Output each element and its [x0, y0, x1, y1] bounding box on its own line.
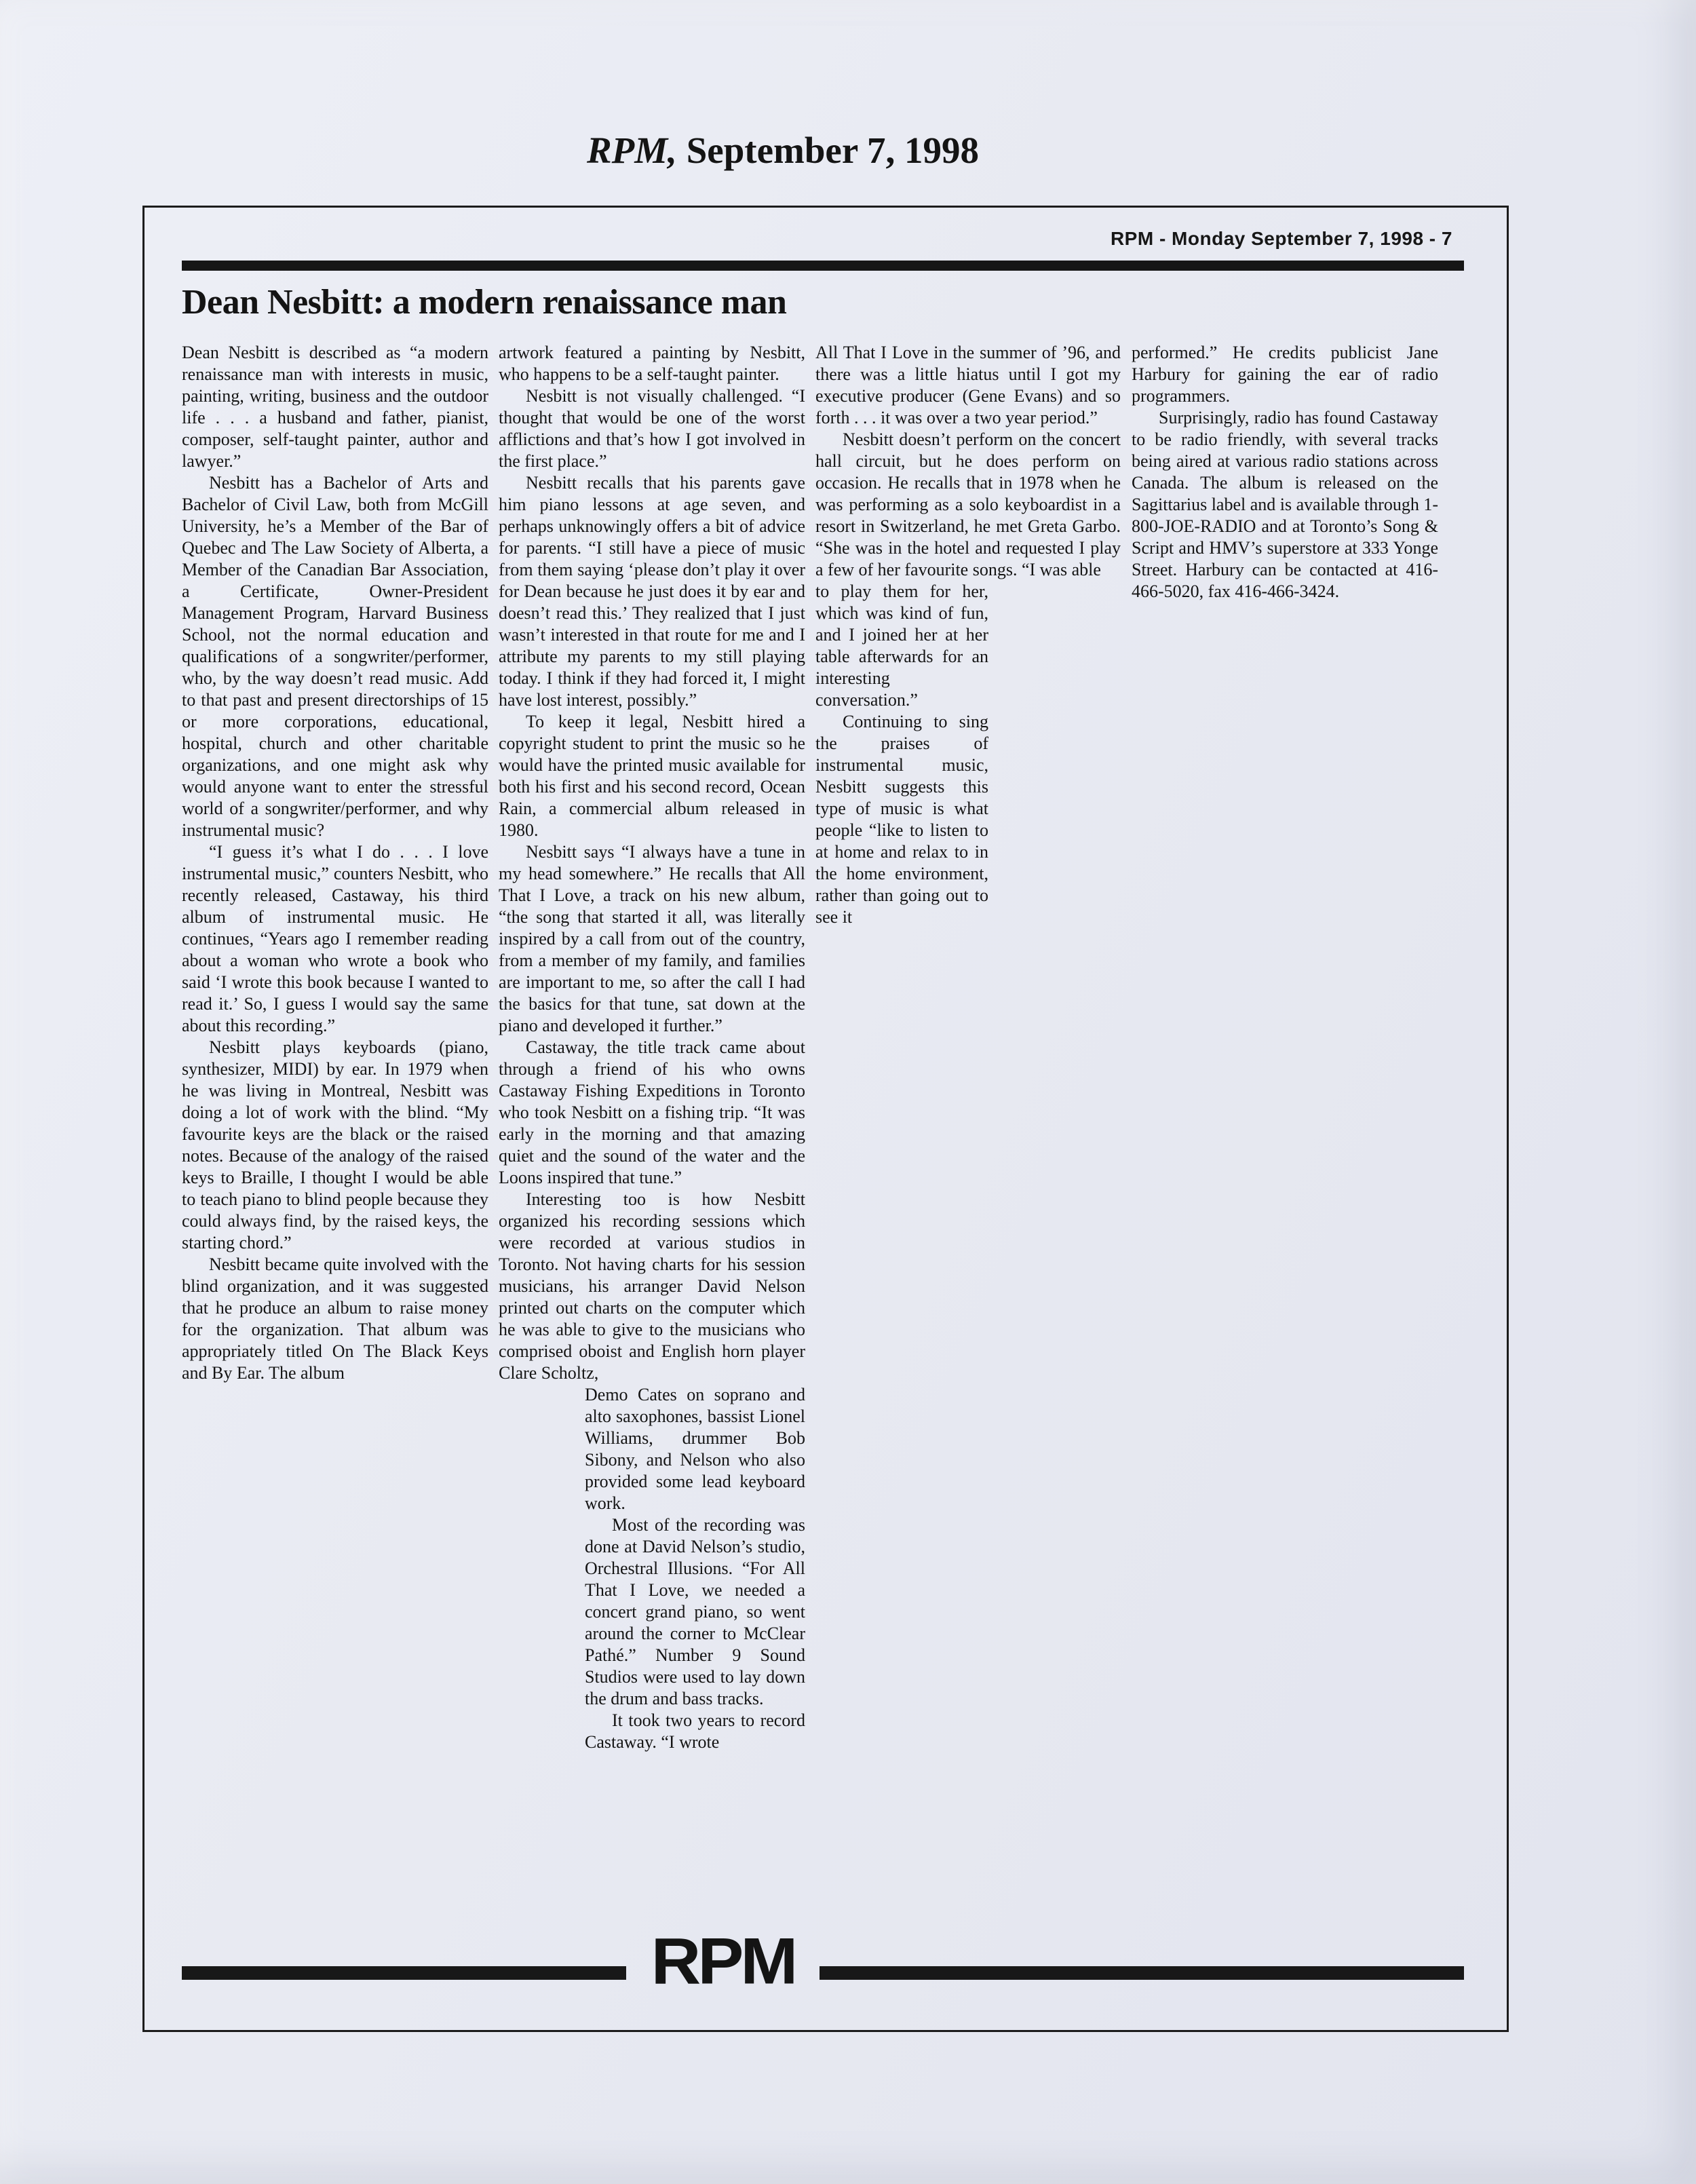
- paragraph: Nesbitt became quite involved with the b…: [182, 1254, 488, 1384]
- page-title-date: September 7, 1998: [677, 130, 979, 171]
- paragraph: to play them for her, which was kind of …: [815, 581, 988, 711]
- paragraph: To keep it legal, Nesbitt hired a copyri…: [499, 711, 805, 841]
- paragraph: Castaway, the title track came about thr…: [499, 1037, 805, 1189]
- paragraph: All That I Love in the summer of ’96, an…: [815, 342, 1121, 429]
- page-title: RPM, September 7, 1998: [587, 129, 979, 172]
- rpm-logo: RPM: [647, 1928, 799, 1994]
- column-2-wide: artwork featured a painting by Nesbitt, …: [499, 342, 805, 1384]
- paragraph: Surprisingly, radio has found Castaway t…: [1132, 407, 1438, 602]
- paragraph: Interesting too is how Nesbitt organized…: [499, 1189, 805, 1384]
- column-2-narrow: Demo Cates on soprano and alto saxophone…: [585, 1384, 805, 1753]
- paragraph: Dean Nesbitt is described as “a modern r…: [182, 342, 488, 472]
- footer-rule-right: [820, 1966, 1464, 1980]
- paragraph: performed.” He credits publicist Jane Ha…: [1132, 342, 1438, 407]
- headline: Dean Nesbitt: a modern renaissance man: [182, 282, 786, 322]
- top-divider-bar: [182, 261, 1464, 271]
- article-box: RPM - Monday September 7, 1998 - 7 Dean …: [142, 206, 1509, 2032]
- paragraph: “I guess it’s what I do . . . I love ins…: [182, 841, 488, 1037]
- scanned-page: RPM, September 7, 1998 RPM - Monday Sept…: [0, 0, 1696, 2184]
- paragraph: Nesbitt has a Bachelor of Arts and Bache…: [182, 472, 488, 841]
- paragraph: Most of the recording was done at David …: [585, 1514, 805, 1710]
- paragraph: It took two years to record Castaway. “I…: [585, 1710, 805, 1753]
- column-3-narrow: to play them for her, which was kind of …: [815, 581, 988, 928]
- paragraph: artwork featured a painting by Nesbitt, …: [499, 342, 805, 385]
- paragraph: Nesbitt says “I always have a tune in my…: [499, 841, 805, 1037]
- paragraph: Continuing to sing the praises of instru…: [815, 711, 988, 928]
- column-2: artwork featured a painting by Nesbitt, …: [499, 342, 805, 1753]
- paragraph: Nesbitt is not visually challenged. “I t…: [499, 385, 805, 472]
- column-3: All That I Love in the summer of ’96, an…: [815, 342, 1121, 928]
- box-header: RPM - Monday September 7, 1998 - 7: [1111, 228, 1452, 250]
- column-4: performed.” He credits publicist Jane Ha…: [1132, 342, 1438, 602]
- column-1: Dean Nesbitt is described as “a modern r…: [182, 342, 488, 1384]
- footer-rule-left: [182, 1966, 626, 1980]
- paragraph: Nesbitt recalls that his parents gave hi…: [499, 472, 805, 711]
- paragraph: Nesbitt plays keyboards (piano, synthesi…: [182, 1037, 488, 1254]
- paragraph: Demo Cates on soprano and alto saxophone…: [585, 1384, 805, 1514]
- column-3-wide: All That I Love in the summer of ’96, an…: [815, 342, 1121, 581]
- paragraph: Nesbitt doesn’t perform on the concert h…: [815, 429, 1121, 581]
- page-title-rpm: RPM,: [587, 130, 677, 171]
